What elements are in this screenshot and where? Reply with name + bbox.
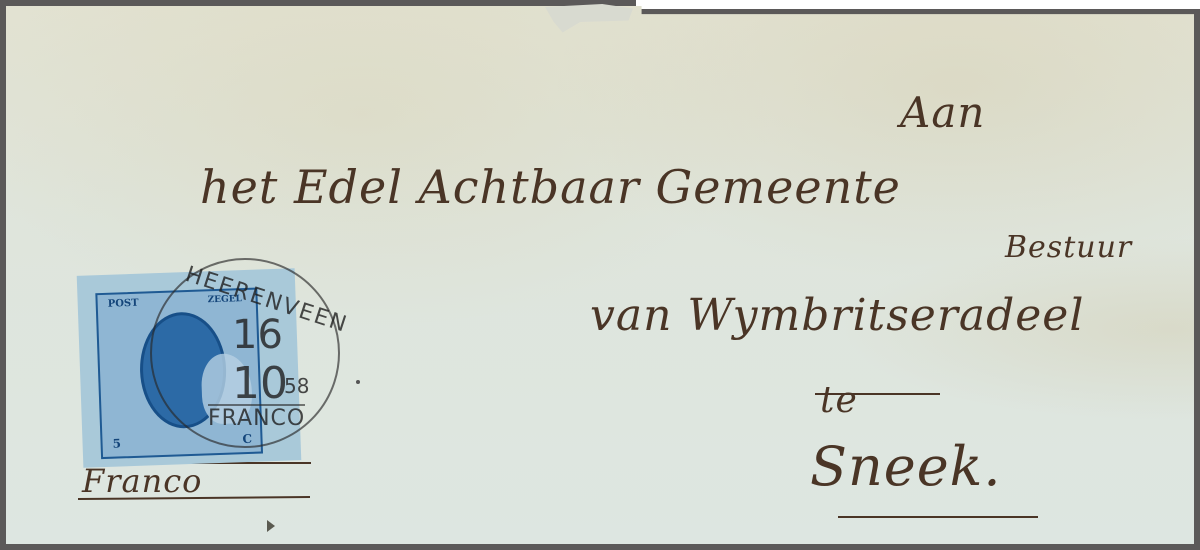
address-line-aan: Aan (900, 88, 985, 137)
address-line-city: Sneek. (810, 435, 1002, 498)
ink-dot (356, 380, 360, 384)
city-underline (838, 516, 1038, 518)
address-line-recipient: het Edel Achtbaar Gemeente (200, 160, 901, 214)
postmark-month: 10 (232, 358, 288, 409)
stamp-post-label: POST (108, 298, 139, 310)
stamp-value: 5 (112, 436, 121, 450)
postmark-day: 16 (232, 312, 283, 358)
white-corner (636, 0, 1200, 9)
address-line-bestuur: Bestuur (1005, 230, 1132, 265)
address-line-municipality: van Wymbritseradeel (590, 290, 1084, 341)
address-line-te: te (820, 380, 858, 421)
postmark-cancel: HEERENVEEN 16 10 58 FRANCO (150, 258, 340, 448)
postmark-franco: FRANCO (208, 404, 305, 431)
franco-annotation: Franco (82, 462, 202, 500)
postmark-year: 58 (284, 374, 309, 398)
pencil-mark-icon (267, 520, 275, 532)
